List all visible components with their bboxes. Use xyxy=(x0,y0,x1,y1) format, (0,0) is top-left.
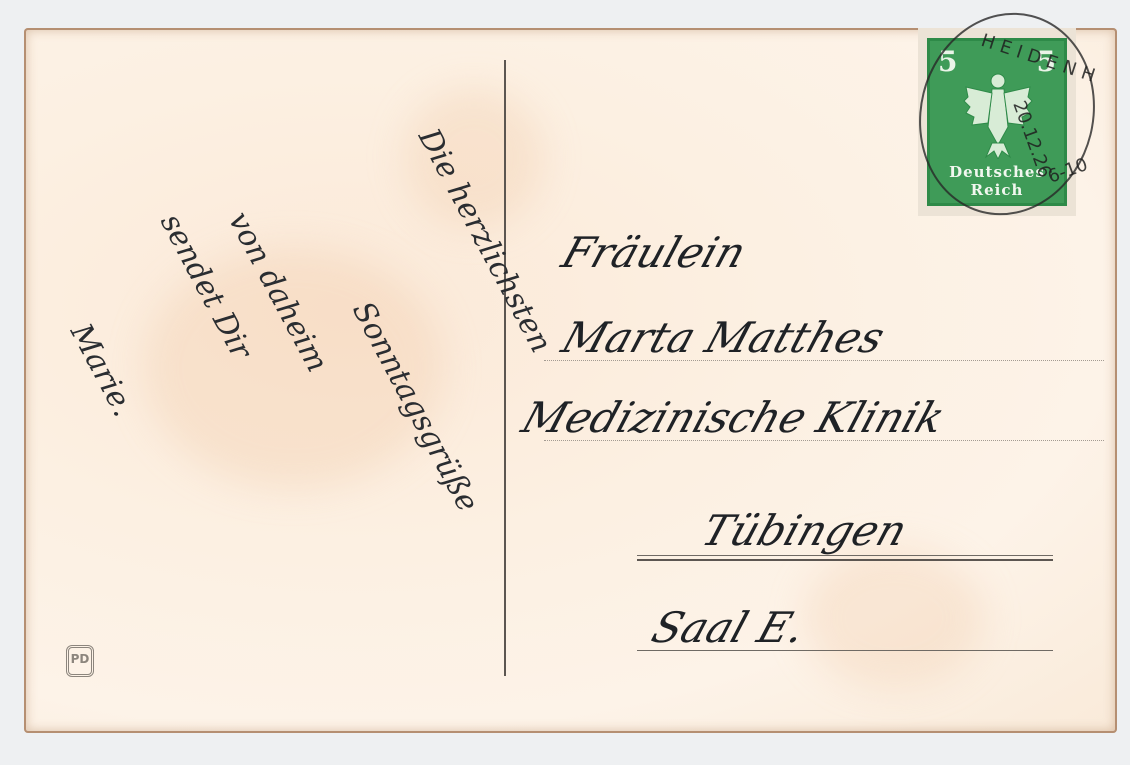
card-divider-line xyxy=(504,60,506,676)
address-line xyxy=(637,555,1053,561)
signature: Marie. xyxy=(63,318,141,423)
publisher-logo: PD xyxy=(66,645,94,677)
recipient-room: Saal E. xyxy=(646,603,812,652)
recipient-institution: Medizinische Klinik xyxy=(516,393,951,442)
recipient-name: Marta Matthes xyxy=(556,313,891,362)
recipient-city: Tübingen xyxy=(696,506,913,555)
paper-stain xyxy=(804,548,984,688)
recipient-salutation: Fräulein xyxy=(556,228,752,277)
